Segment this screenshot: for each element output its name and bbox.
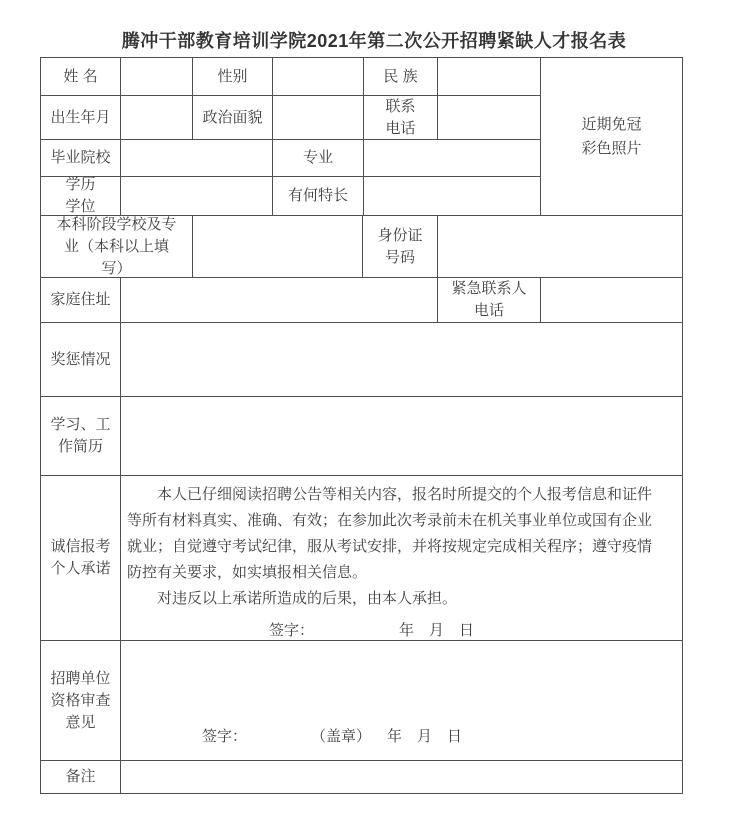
field-label-political-status: 政治面貌 <box>193 96 273 140</box>
commitment-paragraph-2: 对违反以上承诺所造成的后果，由本人承担。 <box>127 586 656 612</box>
field-value-gender <box>273 58 364 96</box>
table-row: 家庭住址 紧急联系人 电话 <box>41 278 683 323</box>
commitment-paragraph-1: 本人已仔细阅读招聘公告等相关内容，报名时所提交的个人报考信息和证件等所有材料真实… <box>127 482 656 586</box>
form-title: 腾冲干部教育培训学院2021年第二次公开招聘紧缺人才报名表 <box>0 27 748 53</box>
field-label-graduation-school: 毕业院校 <box>41 140 121 177</box>
application-form-page: 腾冲干部教育培训学院2021年第二次公开招聘紧缺人才报名表 姓 名 性别 民 族… <box>0 0 748 837</box>
field-value-home-address <box>121 278 438 323</box>
signature-label: 签字： <box>269 620 314 642</box>
field-label-ethnicity: 民 族 <box>364 58 438 96</box>
commitment-content-cell: 本人已仔细阅读招聘公告等相关内容，报名时所提交的个人报考信息和证件等所有材料真实… <box>121 476 683 641</box>
field-value-specialty <box>364 177 541 216</box>
field-value-id-number <box>438 216 683 278</box>
field-value-graduation-school <box>121 140 273 177</box>
table-row: 招聘单位 资格审查 意见 签字： （盖章） 年 月 日 <box>41 641 683 761</box>
commitment-signature-line: 签字： 年 月 日 <box>127 620 656 642</box>
table-row: 备注 <box>41 761 683 794</box>
date-label: 年 月 日 <box>399 620 474 642</box>
field-label-specialty: 有何特长 <box>273 177 364 216</box>
table-row: 学习、工 作简历 <box>41 397 683 476</box>
field-value-contact-phone <box>438 96 541 140</box>
review-opinion-content-cell: 签字： （盖章） 年 月 日 <box>121 641 683 761</box>
field-label-id-number: 身份证 号码 <box>363 216 438 278</box>
field-label-emergency-contact: 紧急联系人 电话 <box>438 278 541 323</box>
field-label-employer-review-opinion: 招聘单位 资格审查 意见 <box>41 641 121 761</box>
field-value-major <box>364 140 541 177</box>
top-grid: 姓 名 性别 民 族 出生年月 政治面貌 联系 电话 毕业院校 专业 <box>41 58 683 216</box>
field-value-name <box>121 58 193 96</box>
application-form-table: 姓 名 性别 民 族 出生年月 政治面貌 联系 电话 毕业院校 专业 <box>40 57 683 794</box>
field-value-study-work-resume <box>121 397 683 476</box>
table-row: 奖惩情况 <box>41 323 683 397</box>
field-label-study-work-resume: 学习、工 作简历 <box>41 397 121 476</box>
table-row: 诚信报考 个人承诺 本人已仔细阅读招聘公告等相关内容，报名时所提交的个人报考信息… <box>41 476 683 641</box>
field-label-rewards-punishments: 奖惩情况 <box>41 323 121 397</box>
field-label-name: 姓 名 <box>41 58 121 96</box>
field-value-ethnicity <box>438 58 541 96</box>
photo-placeholder-cell: 近期免冠 彩色照片 <box>541 58 683 216</box>
field-label-major: 专业 <box>273 140 364 177</box>
field-label-birth-date: 出生年月 <box>41 96 121 140</box>
field-label-remarks: 备注 <box>41 761 121 794</box>
seal-label: （盖章） <box>311 726 371 748</box>
field-label-undergrad-school: 本科阶段学校及专 业（本科以上填 写） <box>41 216 193 278</box>
signature-label: 签字： <box>202 726 247 748</box>
field-value-emergency-contact <box>541 278 683 323</box>
field-value-rewards-punishments <box>121 323 683 397</box>
field-value-political-status <box>273 96 364 140</box>
review-signature-line: 签字： （盖章） 年 月 日 <box>121 726 682 748</box>
field-label-degree: 学历 学位 <box>41 177 121 216</box>
field-label-home-address: 家庭住址 <box>41 278 121 323</box>
field-label-gender: 性别 <box>193 58 273 96</box>
field-label-contact-phone: 联系 电话 <box>364 96 438 140</box>
field-value-degree <box>121 177 273 216</box>
field-value-undergrad-school <box>193 216 363 278</box>
field-value-birth-date <box>121 96 193 140</box>
field-label-integrity-commitment: 诚信报考 个人承诺 <box>41 476 121 641</box>
field-value-remarks <box>121 761 683 794</box>
date-label: 年 月 日 <box>387 726 462 748</box>
table-row: 本科阶段学校及专 业（本科以上填 写） 身份证 号码 <box>41 216 683 278</box>
